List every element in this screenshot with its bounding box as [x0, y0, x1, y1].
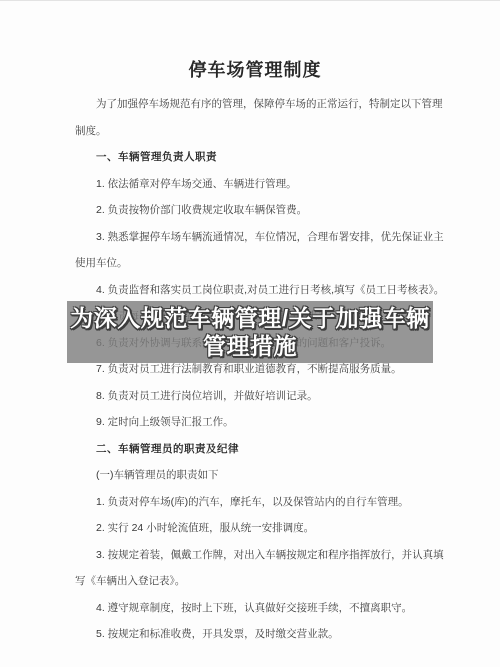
watermark-overlay: 为深入规范车辆管理/关于加强车辆 管理措施: [67, 301, 433, 363]
document-title: 停车场管理制度: [75, 58, 435, 91]
document-line: 1. 负责对停车场(库)的汽车，摩托车，以及保管站内的自行车管理。: [75, 489, 435, 516]
document-section-heading: 一、车辆管理负责人职责: [75, 144, 435, 171]
document-text-block: 为了加强停车场规范有序的管理，保障停车场的正常运行，特制定以下管理制度。一、车辆…: [75, 91, 435, 648]
document-line: 为了加强停车场规范有序的管理，保障停车场的正常运行，特制定以下管理: [75, 91, 435, 118]
document-line: 制度。: [75, 118, 435, 145]
document-line: 5. 按规定和标准收费，开具发票，及时缴交营业款。: [75, 621, 435, 648]
document-line: 2. 负责按物价部门收费规定收取车辆保管费。: [75, 197, 435, 224]
document-line: 9. 定时向上级领导汇报工作。: [75, 409, 435, 436]
document-line: 8. 负责对员工进行岗位培训，并做好培训记录。: [75, 383, 435, 410]
document-line: 3. 熟悉掌握停车场车辆流通情况，车位情况，合理布署安排，优先保证业主: [75, 224, 435, 251]
document-section-heading: 二、车辆管理员的职责及纪律: [75, 436, 435, 463]
document-page: 停车场管理制度 为了加强停车场规范有序的管理，保障停车场的正常运行，特制定以下管…: [0, 0, 500, 667]
watermark-title-line2: 管理措施: [203, 332, 297, 360]
document-line: 2. 实行 24 小时轮流值班，服从统一安排调度。: [75, 515, 435, 542]
document-line: 4. 负责监督和落实员工岗位职责,对员工进行日考核,填写《员工日考核表》。: [75, 277, 435, 304]
document-line: 使用车位。: [75, 250, 435, 277]
watermark-title-line1: 为深入规范车辆管理/关于加强车辆: [70, 304, 429, 332]
document-line: 4. 遵守规章制度，按时上下班，认真做好交接班手续，不擅离职守。: [75, 595, 435, 622]
document-line: 1. 依法循章对停车场交通、车辆进行管理。: [75, 171, 435, 198]
document-line: 写《车辆出入登记表》。: [75, 568, 435, 595]
document-line: 3. 按规定着装，佩戴工作牌，对出入车辆按规定和程序指挥放行，并认真填: [75, 542, 435, 569]
document-line: (一)车辆管理员的职责如下: [75, 462, 435, 489]
